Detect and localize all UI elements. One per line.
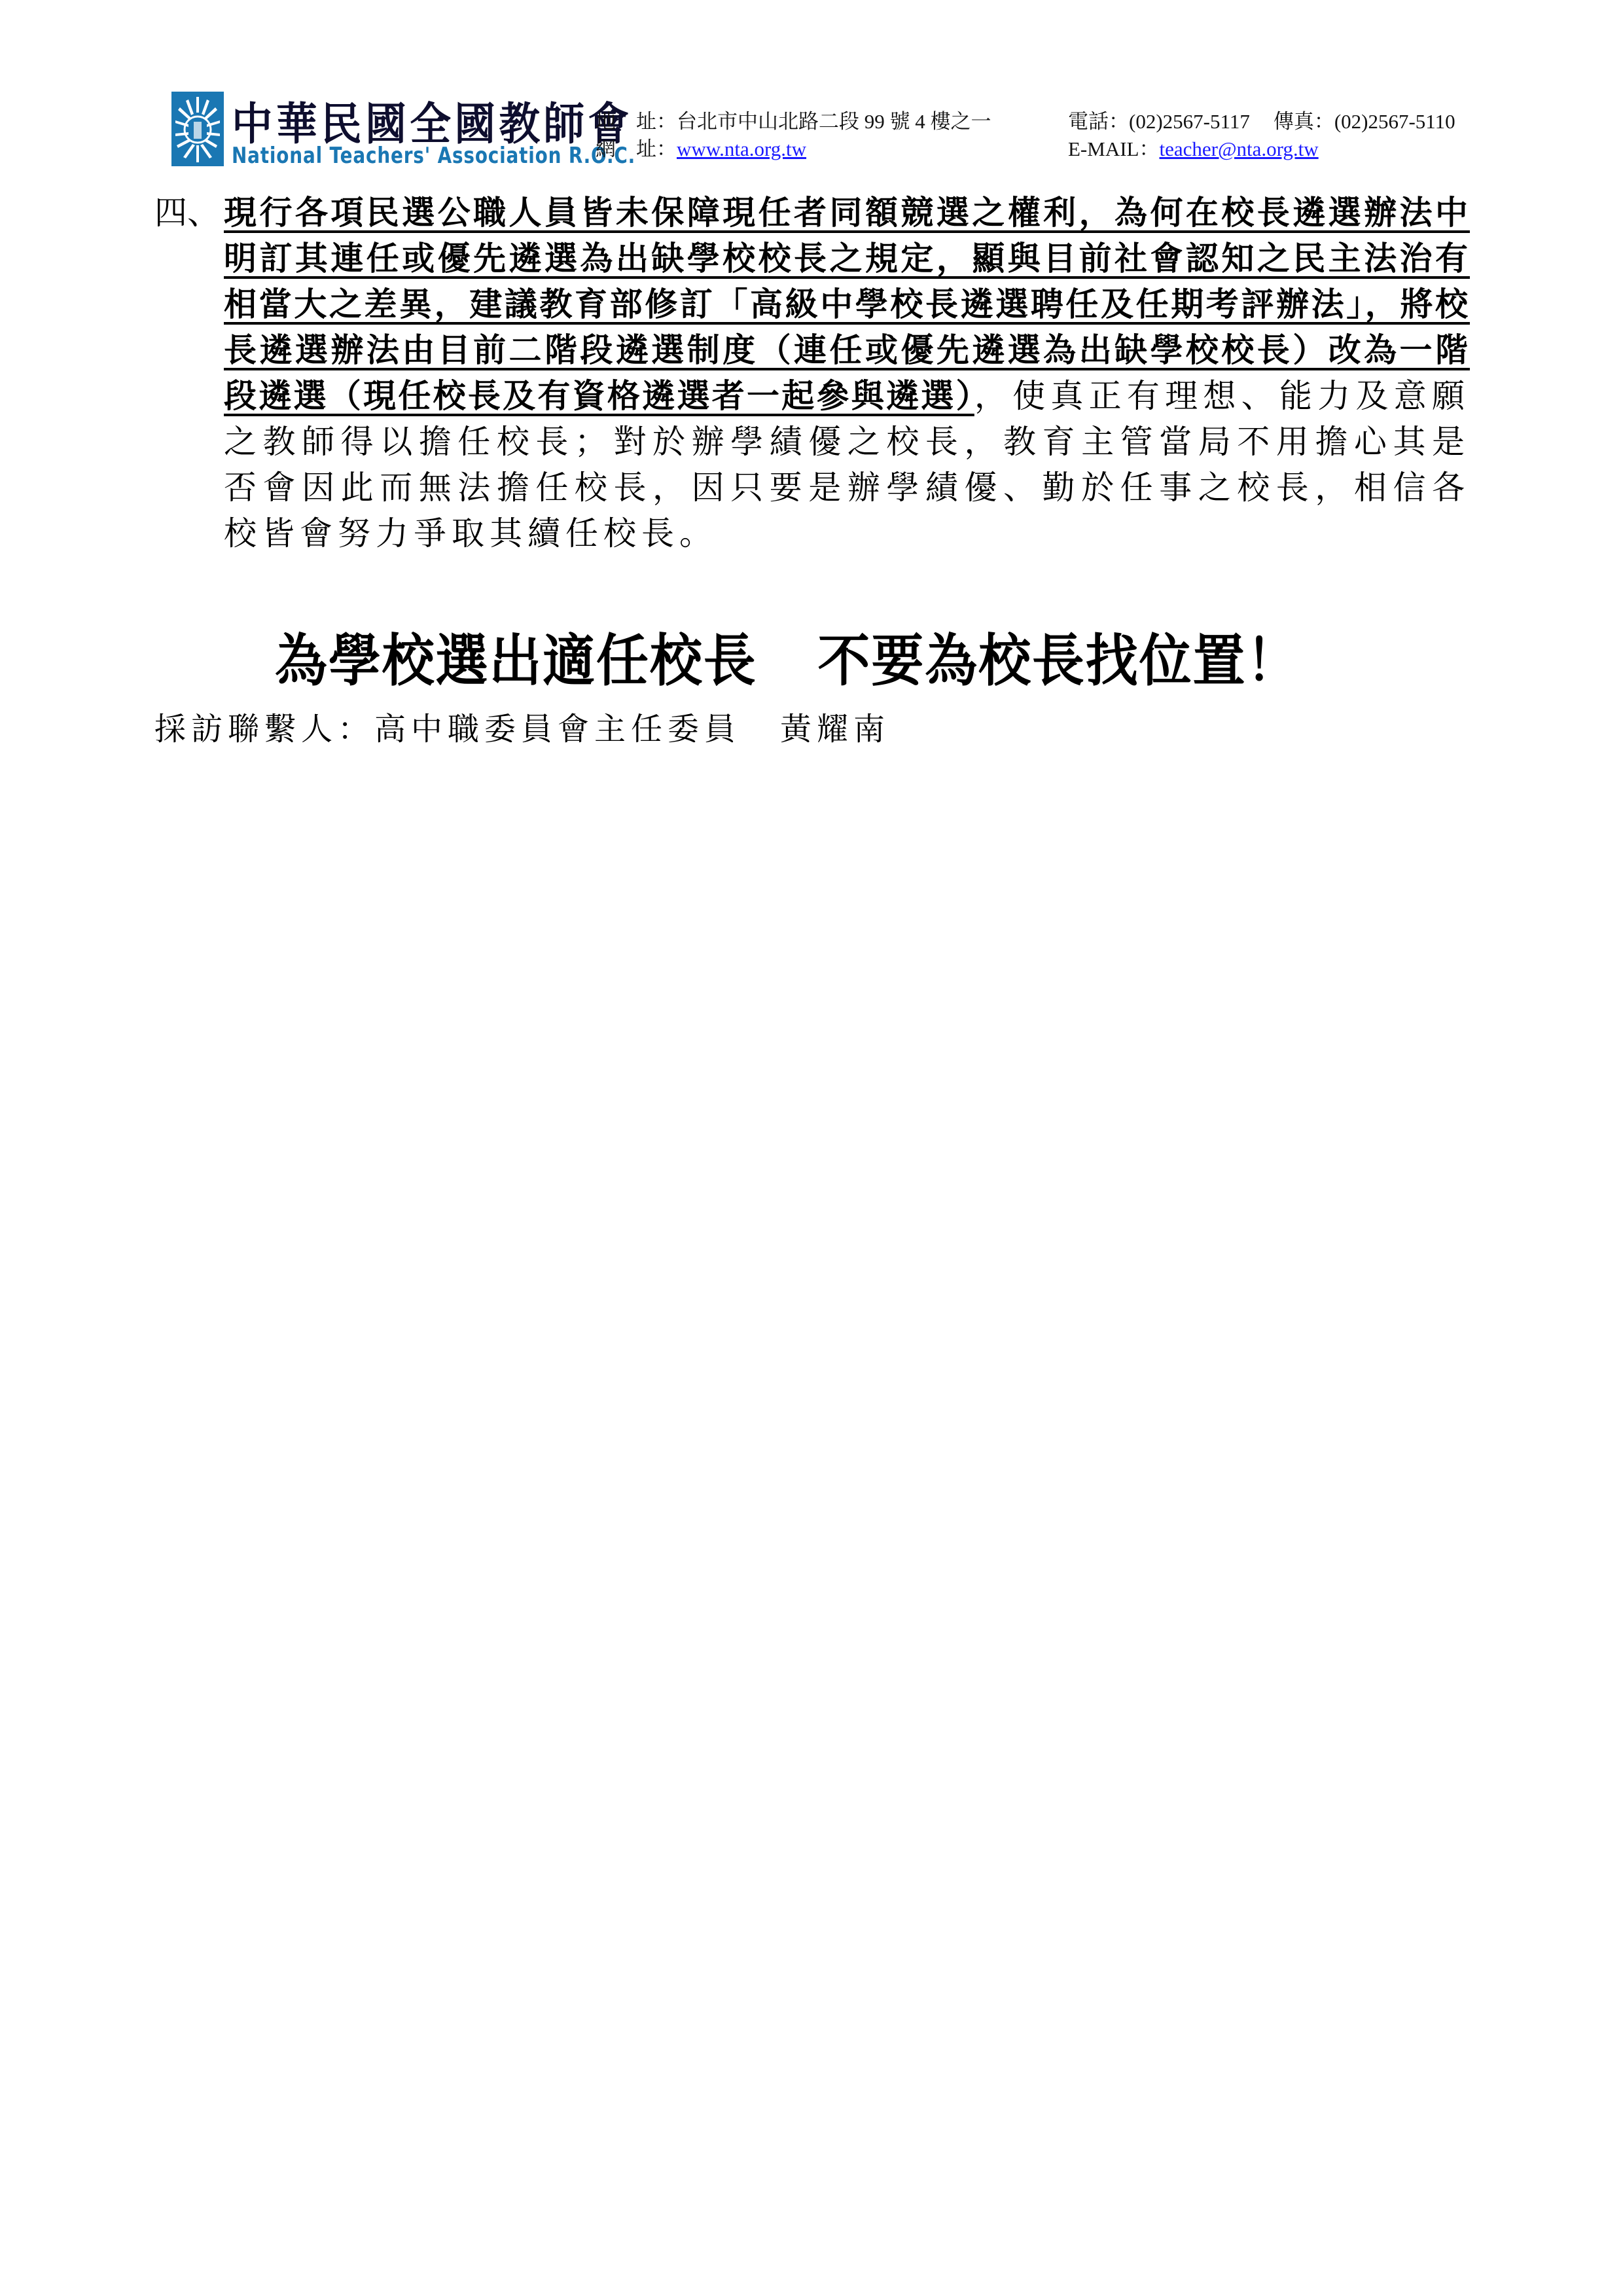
nta-logo-icon [171,92,224,166]
section-number: 四、 [154,190,220,236]
website-link[interactable]: www.nta.org.tw [677,137,806,160]
phone-label: 電話： [1068,110,1129,133]
phone-value: (02)2567-5117 [1129,110,1250,133]
contact-row-1: 地 址：台北市中山北路二段 99 號 4 樓之一 電話：(02)2567-511… [596,108,991,135]
contact-person: 採訪聯繫人：高中職委員會主任委員黃耀南 [154,704,890,749]
email-link[interactable]: teacher@nta.org.tw [1159,137,1318,160]
contact-row-2: 網 址：www.nta.org.tw E-MAIL：teacher@nta.or… [596,135,991,163]
slogan-headline: 為學校選出適任校長不要為校長找位置！ [275,615,1300,696]
fax-value: (02)2567-5110 [1334,110,1455,133]
contact-person-name: 黃耀南 [780,711,890,747]
address-value: 台北市中山北路二段 99 號 4 樓之一 [677,110,991,133]
section-text: 現行各項民選公職人員皆未保障現任者同額競選之權利，為何在校長遴選辦法中明訂其連任… [224,190,1470,556]
email-label: E-MAIL： [1068,137,1159,160]
slogan-part-1: 為學校選出適任校長 [275,628,757,694]
section-paragraph: 四、 現行各項民選公職人員皆未保障現任者同額競選之權利，為何在校長遴選辦法中明訂… [154,190,1470,556]
contact-person-label: 採訪聯繫人： [154,711,374,747]
phone-fax: 電話：(02)2567-5117傳真：(02)2567-5110 [1068,108,1455,135]
letterhead: 中華民國全國教師會 National Teachers' Association… [171,92,1520,170]
contact-info: 地 址：台北市中山北路二段 99 號 4 樓之一 電話：(02)2567-511… [596,108,991,163]
logo-name-english: National Teachers' Association R.O.C. [232,143,635,169]
fax-label: 傳真： [1274,110,1334,133]
contact-person-title: 高中職委員會主任委員 [374,711,741,747]
website-label: 網 址： [596,135,677,163]
address-label: 地 址： [596,108,677,135]
section-four: 四、 現行各項民選公職人員皆未保障現任者同額競選之權利，為何在校長遴選辦法中明訂… [154,190,1470,556]
slogan-part-2: 不要為校長找位置！ [818,628,1300,694]
email: E-MAIL：teacher@nta.org.tw [1068,135,1319,163]
